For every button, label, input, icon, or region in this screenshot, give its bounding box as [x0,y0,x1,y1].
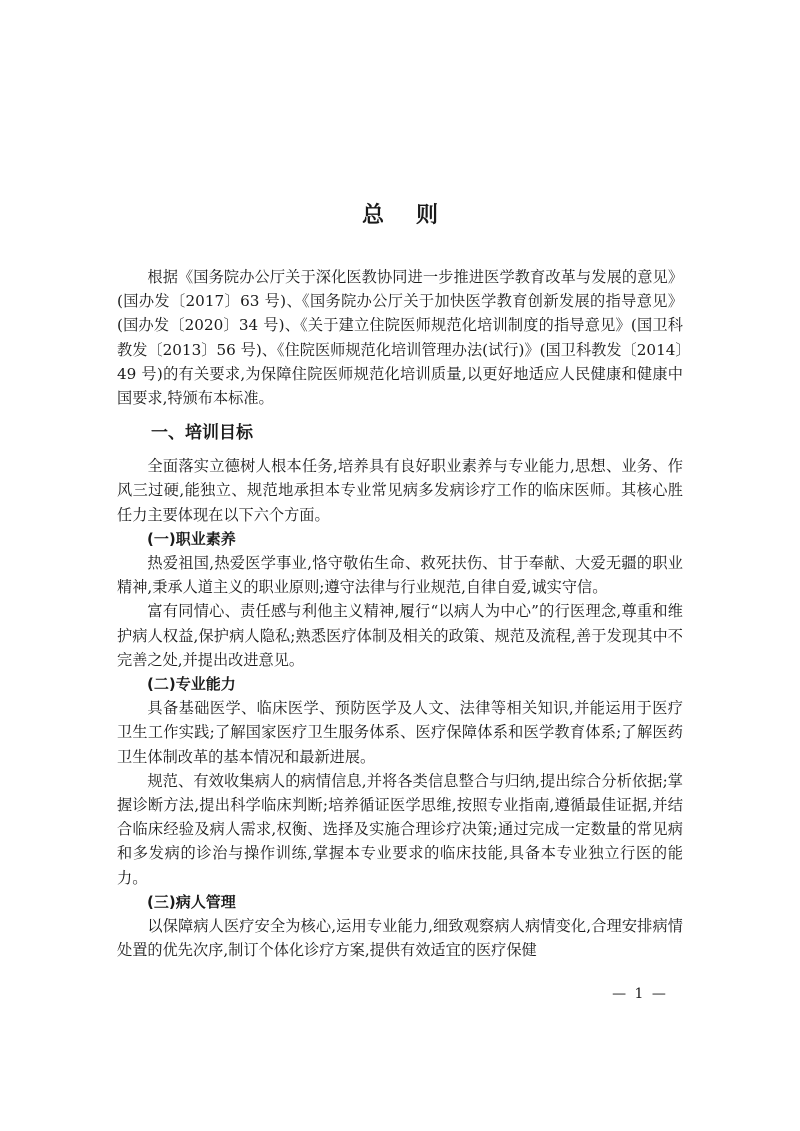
section-heading-training-goals: 一、培训目标 [117,418,683,448]
intro-paragraph: 根据《国务院办公厅关于深化医教协同进一步推进医学教育改革与发展的意见》(国办发〔… [117,265,683,410]
section-paragraph: 全面落实立德树人根本任务,培养具有良好职业素养与专业能力,思想、业务、作风三过硬… [117,454,683,527]
subsection-heading-professional-ability: (二)专业能力 [117,672,683,696]
subsection-paragraph: 具备基础医学、临床医学、预防医学及人文、法律等相关知识,并能运用于医疗卫生工作实… [117,696,683,769]
document-page: 总则 根据《国务院办公厅关于深化医教协同进一步推进医学教育改革与发展的意见》(国… [0,0,800,1131]
subsection-paragraph: 富有同情心、责任感与利他主义精神,履行“以病人为中心”的行医理念,尊重和维护病人… [117,599,683,672]
subsection-heading-patient-management: (三)病人管理 [117,890,683,914]
subsection-paragraph: 以保障病人医疗安全为核心,运用专业能力,细致观察病人病情变化,合理安排病情处置的… [117,914,683,962]
document-body: 根据《国务院办公厅关于深化医教协同进一步推进医学教育改革与发展的意见》(国办发〔… [117,265,683,962]
subsection-paragraph: 热爱祖国,热爱医学事业,恪守敬佑生命、救死扶伤、甘于奉献、大爱无疆的职业精神,秉… [117,551,683,599]
subsection-paragraph: 规范、有效收集病人的病情信息,并将各类信息整合与归纳,提出综合分析依据;掌握诊断… [117,769,683,890]
page-number: — 1 — [600,986,680,1002]
subsection-heading-professionalism: (一)职业素养 [117,527,683,551]
page-title: 总则 [0,198,800,229]
